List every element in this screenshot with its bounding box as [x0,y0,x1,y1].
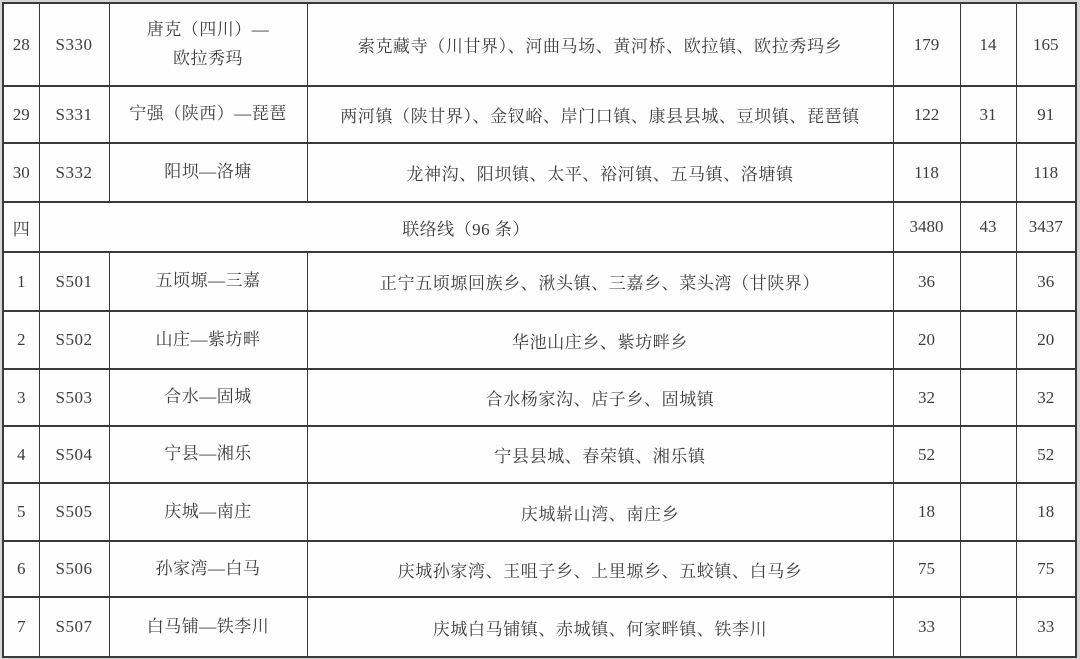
total-km-cell: 20 [893,311,960,369]
route-via-cell: 华池山庄乡、紫坊畔乡 [307,311,893,369]
deduct-km-cell [960,483,1016,541]
net-km-cell: 20 [1016,311,1076,369]
total-km-cell: 32 [893,369,960,426]
net-km-cell: 118 [1016,143,1076,202]
net-km-cell: 32 [1016,369,1076,426]
section-number-cell: 四 [3,202,39,252]
route-via-cell: 庆城孙家湾、王咀子乡、上里塬乡、五蛟镇、白马乡 [307,541,893,597]
table-row: 4 S504 宁县—湘乐 宁县县城、春荣镇、湘乐镇 52 52 [3,426,1076,483]
route-via-cell: 宁县县城、春荣镇、湘乐镇 [307,426,893,483]
table-row: 28 S330 唐克（四川）— 欧拉秀玛 索克藏寺（川甘界）、河曲马场、黄河桥、… [3,3,1076,86]
total-km-cell: 179 [893,3,960,86]
row-number-cell: 2 [3,311,39,369]
route-name-cell: 孙家湾—白马 [109,541,307,597]
table-row: 6 S506 孙家湾—白马 庆城孙家湾、王咀子乡、上里塬乡、五蛟镇、白马乡 75… [3,541,1076,597]
route-name-cell: 五顷塬—三嘉 [109,252,307,311]
route-via-cell: 合水杨家沟、店子乡、固城镇 [307,369,893,426]
route-via-cell: 索克藏寺（川甘界）、河曲马场、黄河桥、欧拉镇、欧拉秀玛乡 [307,3,893,86]
row-number-cell: 4 [3,426,39,483]
net-km-cell: 18 [1016,483,1076,541]
route-via-cell: 龙神沟、阳坝镇、太平、裕河镇、五马镇、洛塘镇 [307,143,893,202]
table-row: 1 S501 五顷塬—三嘉 正宁五顷塬回族乡、湫头镇、三嘉乡、菜头湾（甘陕界） … [3,252,1076,311]
total-km-cell: 36 [893,252,960,311]
deduct-km-cell [960,426,1016,483]
table-row: 29 S331 宁强（陕西）—琵琶 两河镇（陕甘界）、金钗峪、岸门口镇、康县县城… [3,86,1076,143]
total-km-cell: 52 [893,426,960,483]
deduct-km-cell [960,143,1016,202]
route-name-cell: 合水—固城 [109,369,307,426]
net-km-cell: 36 [1016,252,1076,311]
highway-routes-table: 28 S330 唐克（四川）— 欧拉秀玛 索克藏寺（川甘界）、河曲马场、黄河桥、… [2,2,1077,658]
route-code-cell: S330 [39,3,109,86]
net-km-cell: 3437 [1016,202,1076,252]
route-code-cell: S507 [39,597,109,657]
total-km-cell: 118 [893,143,960,202]
route-code-cell: S503 [39,369,109,426]
section-row: 四 联络线（96 条） 3480 43 3437 [3,202,1076,252]
row-number-cell: 6 [3,541,39,597]
deduct-km-cell [960,311,1016,369]
route-code-cell: S501 [39,252,109,311]
route-code-cell: S331 [39,86,109,143]
route-name-cell: 唐克（四川）— 欧拉秀玛 [109,3,307,86]
deduct-km-cell [960,252,1016,311]
route-name-cell: 宁强（陕西）—琵琶 [109,86,307,143]
net-km-cell: 91 [1016,86,1076,143]
deduct-km-cell [960,597,1016,657]
total-km-cell: 122 [893,86,960,143]
route-code-cell: S332 [39,143,109,202]
total-km-cell: 33 [893,597,960,657]
row-number-cell: 5 [3,483,39,541]
route-code-cell: S506 [39,541,109,597]
route-name-cell: 庆城—南庄 [109,483,307,541]
route-via-cell: 庆城白马铺镇、赤城镇、何家畔镇、铁李川 [307,597,893,657]
net-km-cell: 165 [1016,3,1076,86]
row-number-cell: 7 [3,597,39,657]
table-row: 3 S503 合水—固城 合水杨家沟、店子乡、固城镇 32 32 [3,369,1076,426]
row-number-cell: 29 [3,86,39,143]
route-code-cell: S502 [39,311,109,369]
net-km-cell: 33 [1016,597,1076,657]
total-km-cell: 3480 [893,202,960,252]
route-code-cell: S504 [39,426,109,483]
net-km-cell: 75 [1016,541,1076,597]
route-name-cell: 阳坝—洛塘 [109,143,307,202]
total-km-cell: 75 [893,541,960,597]
table-row: 7 S507 白马铺—铁李川 庆城白马铺镇、赤城镇、何家畔镇、铁李川 33 33 [3,597,1076,657]
row-number-cell: 30 [3,143,39,202]
table-row: 2 S502 山庄—紫坊畔 华池山庄乡、紫坊畔乡 20 20 [3,311,1076,369]
deduct-km-cell: 14 [960,3,1016,86]
deduct-km-cell: 43 [960,202,1016,252]
section-label-cell: 联络线（96 条） [39,202,893,252]
table-row: 5 S505 庆城—南庄 庆城崭山湾、南庄乡 18 18 [3,483,1076,541]
route-code-cell: S505 [39,483,109,541]
route-via-cell: 庆城崭山湾、南庄乡 [307,483,893,541]
row-number-cell: 1 [3,252,39,311]
route-via-cell: 两河镇（陕甘界）、金钗峪、岸门口镇、康县县城、豆坝镇、琵琶镇 [307,86,893,143]
total-km-cell: 18 [893,483,960,541]
row-number-cell: 3 [3,369,39,426]
route-name-cell: 白马铺—铁李川 [109,597,307,657]
deduct-km-cell: 31 [960,86,1016,143]
route-via-cell: 正宁五顷塬回族乡、湫头镇、三嘉乡、菜头湾（甘陕界） [307,252,893,311]
deduct-km-cell [960,369,1016,426]
net-km-cell: 52 [1016,426,1076,483]
route-name-cell: 山庄—紫坊畔 [109,311,307,369]
row-number-cell: 28 [3,3,39,86]
table-row: 30 S332 阳坝—洛塘 龙神沟、阳坝镇、太平、裕河镇、五马镇、洛塘镇 118… [3,143,1076,202]
deduct-km-cell [960,541,1016,597]
route-name-cell: 宁县—湘乐 [109,426,307,483]
